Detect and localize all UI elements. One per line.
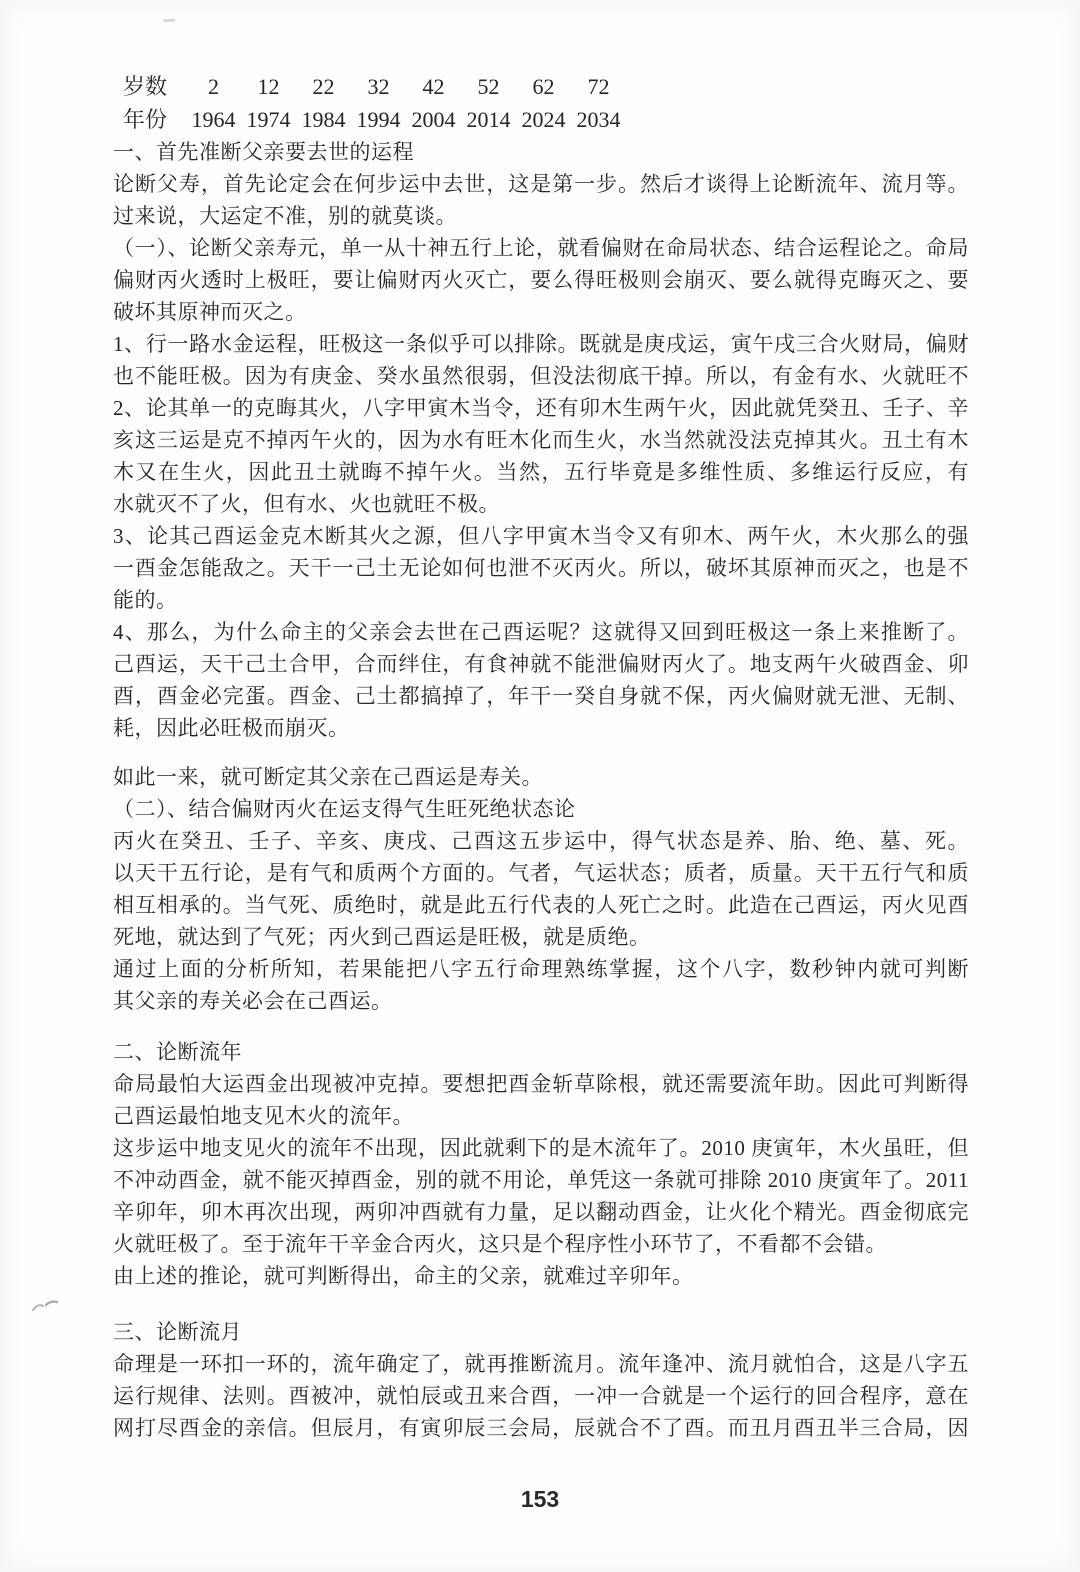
text-line: （一）、论断父亲寿元，单一从十神五行上论，就看偏财在命局状态、结合运程论之。命局 xyxy=(113,232,969,264)
year-cell: 2034 xyxy=(571,103,626,136)
age-cell: 42 xyxy=(406,70,461,103)
text-line: 过来说，大运定不准，别的就莫谈。 xyxy=(113,200,969,232)
book-page: 岁数 2 12 22 32 42 52 62 72 年份 1964 1974 1… xyxy=(0,0,1080,1572)
text-line: 亥这三运是克不掉丙午火的，因为水有旺木化而生火，水当然就没法克掉其火。丑土有木克… xyxy=(113,424,969,456)
page-number: 153 xyxy=(0,1486,1080,1513)
text-line: 其父亲的寿关必会在己酉运。 xyxy=(113,985,969,1017)
text-line: 一酉金怎能敌之。天干一己土无论如何也泄不灭丙火。所以，破坏其原神而灭之，也是不可 xyxy=(113,552,969,584)
margin-pen-mark xyxy=(30,1292,64,1318)
age-cell: 12 xyxy=(241,70,296,103)
text-line: 如此一来，就可断定其父亲在己酉运是寿关。 xyxy=(113,761,969,793)
year-row-label: 年份 xyxy=(113,103,186,136)
year-cell: 1964 xyxy=(186,103,241,136)
age-cell: 2 xyxy=(186,70,241,103)
year-cell: 2004 xyxy=(406,103,461,136)
text-line: 命局最怕大运酉金出现被冲克掉。要想把酉金斩草除根，就还需要流年助。因此可判断得出… xyxy=(113,1068,969,1100)
text-line: 也不能旺极。因为有庚金、癸水虽然很弱，但没法彻底干掉。所以，有金有水、火就旺不极… xyxy=(113,360,969,392)
text-line: 相互相承的。当气死、质绝时，就是此五行代表的人死亡之时。此造在己酉运，丙火见酉是 xyxy=(113,889,969,921)
age-cell: 62 xyxy=(516,70,571,103)
text-line: 己酉运最怕地支见木火的流年。 xyxy=(113,1100,969,1132)
text-line: 这步运中地支见火的流年不出现，因此就剩下的是木流年了。2010 庚寅年，木火虽旺… xyxy=(113,1132,969,1164)
year-cell: 1994 xyxy=(351,103,406,136)
text-line: 1、行一路水金运程，旺极这一条似乎可以排除。既就是庚戌运，寅午戌三合火财局，偏财 xyxy=(113,328,969,360)
age-row: 岁数 2 12 22 32 42 52 62 72 xyxy=(113,70,969,103)
age-cell: 32 xyxy=(351,70,406,103)
text-line: 偏财丙火透时上极旺，要让偏财丙火灭亡，要么得旺极则会崩灭、要么就得克晦灭之、要么 xyxy=(113,264,969,296)
age-row-label: 岁数 xyxy=(113,70,186,103)
text-line: 丙火在癸丑、壬子、辛亥、庚戌、己酉这五步运中，得气状态是养、胎、绝、墓、死。 xyxy=(113,825,969,857)
year-cell: 1984 xyxy=(296,103,351,136)
text-line: 破坏其原神而灭之。 xyxy=(113,296,969,328)
text-line: 网打尽酉金的亲信。但辰月，有寅卯辰三会局，辰就合不了酉。而丑月酉丑半三合局，因此 xyxy=(113,1412,969,1444)
year-row: 年份 1964 1974 1984 1994 2004 2014 2024 20… xyxy=(113,103,969,136)
text-line: 由上述的推论，就可判断得出，命主的父亲，就难过辛卯年。 xyxy=(113,1260,969,1292)
section-heading: 一、首先准断父亲要去世的运程 xyxy=(113,136,969,168)
page-content: 岁数 2 12 22 32 42 52 62 72 年份 1964 1974 1… xyxy=(113,70,969,1444)
text-line: 己酉运，天干己土合甲，合而绊住，有食神就不能泄偏财丙火了。地支两午火破酉金、卯冲 xyxy=(113,648,969,680)
year-cell: 1974 xyxy=(241,103,296,136)
text-line: 以天干五行论，是有气和质两个方面的。气者，气运状态；质者，质量。天干五行气和质是 xyxy=(113,857,969,889)
text-line: 命理是一环扣一环的，流年确定了，就再推断流月。流年逢冲、流月就怕合，这是八字五行 xyxy=(113,1348,969,1380)
text-line: 运行规律、法则。酉被冲，就怕辰或丑来合酉，一冲一合就是一个运行的回合程序，意在一 xyxy=(113,1380,969,1412)
text-line: 通过上面的分析所知，若果能把八字五行命理熟练掌握，这个八字，数秒钟内就可判断出， xyxy=(113,953,969,985)
year-cell: 2014 xyxy=(461,103,516,136)
text-line: 4、那么，为什么命主的父亲会去世在己酉运呢？这就得又回到旺极这一条上来推断了。 xyxy=(113,616,969,648)
text-line: 论断父寿，首先论定会在何步运中去世，这是第一步。然后才谈得上论断流年、流月等。反 xyxy=(113,168,969,200)
age-cell: 52 xyxy=(461,70,516,103)
section-heading: 三、论断流月 xyxy=(113,1316,969,1348)
year-cell: 2024 xyxy=(516,103,571,136)
text-line: 不冲动酉金，就不能灭掉酉金，别的就不用论，单凭这一条就可排除 2010 庚寅年了… xyxy=(113,1164,969,1196)
age-cell: 22 xyxy=(296,70,351,103)
text-line: 3、论其己酉运金克木断其火之源，但八字甲寅木当令又有卯木、两午火，木火那么的强旺… xyxy=(113,520,969,552)
text-line: 能的。 xyxy=(113,584,969,616)
scan-artifact-dash xyxy=(163,19,175,23)
text-line: 火就旺极了。至于流年干辛金合丙火，这只是个程序性小环节了，不看都不会错。 xyxy=(113,1228,969,1260)
text-line: 2、论其单一的克晦其火，八字甲寅木当令，还有卯木生两午火，因此就凭癸丑、壬子、辛 xyxy=(113,392,969,424)
text-line: 耗，因此必旺极而崩灭。 xyxy=(113,712,969,744)
text-line: 辛卯年，卯木再次出现，两卯冲酉就有力量，足以翻动酉金，让火化个精光。酉金彻底完蛋… xyxy=(113,1196,969,1228)
text-line: 酉，酉金必完蛋。酉金、己土都搞掉了，年干一癸自身就不保，丙火偏财就无泄、无制、无 xyxy=(113,680,969,712)
text-line: 木又在生火，因此丑土就晦不掉午火。当然，五行毕竟是多维性质、多维运行反应，有木、 xyxy=(113,456,969,488)
text-line: 死地，就达到了气死；丙火到己酉运是旺极，就是质绝。 xyxy=(113,921,969,953)
section-heading: 二、论断流年 xyxy=(113,1036,969,1068)
section-heading: （二）、结合偏财丙火在运支得气生旺死绝状态论 xyxy=(113,793,969,825)
age-cell: 72 xyxy=(571,70,626,103)
text-line: 水就灭不了火，但有水、火也就旺不极。 xyxy=(113,488,969,520)
